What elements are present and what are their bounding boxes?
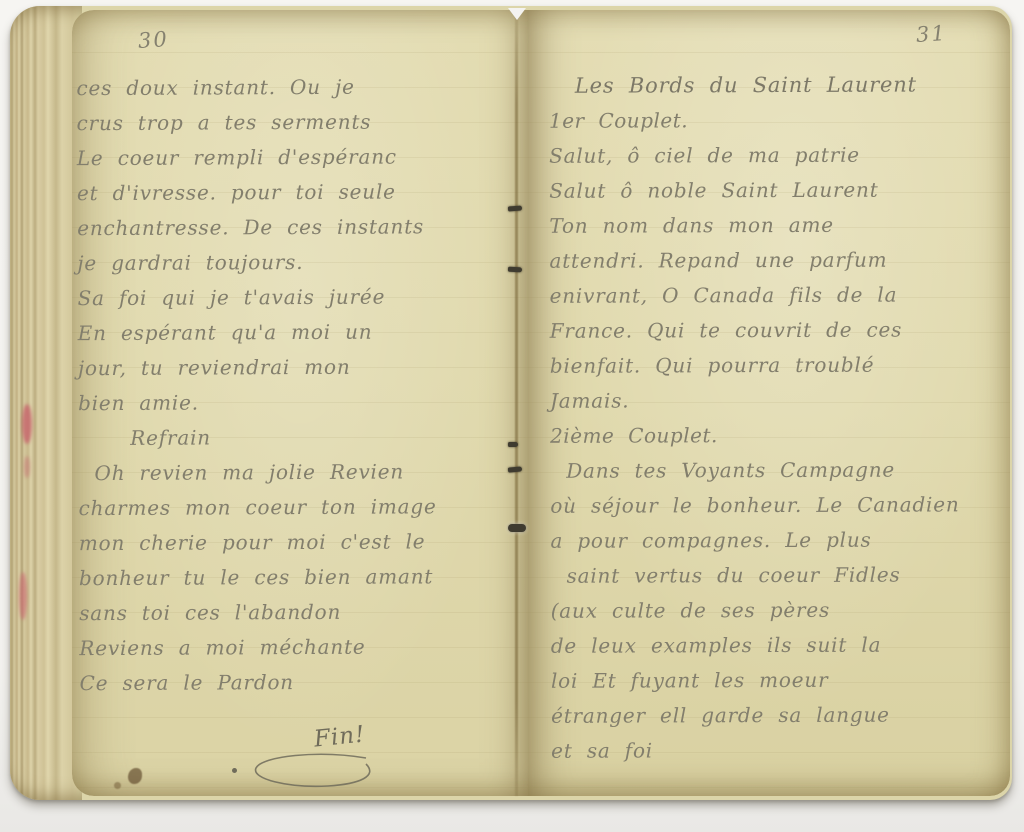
handwritten-line: charmes mon coeur ton image xyxy=(79,489,529,526)
handwritten-line: bienfait. Qui pourra troublé xyxy=(550,347,1014,384)
fin-dot xyxy=(232,768,237,773)
handwritten-line: Reviens a moi méchante xyxy=(79,629,529,666)
couplet-label: 2ième Couplet. xyxy=(550,417,1014,454)
handwritten-line: Oh revien ma jolie Revien xyxy=(78,454,528,491)
left-page-text: ces doux instant. Ou je crus trop a tes … xyxy=(76,69,529,701)
handwritten-line: mon cherie pour moi c'est le xyxy=(79,524,529,561)
handwritten-line: bien amie. xyxy=(78,384,528,421)
handwritten-line: loi Et fuyant les moeur xyxy=(551,662,1015,699)
handwritten-line: enchantresse. De ces instants xyxy=(77,209,527,246)
handwritten-line: En espérant qu'a moi un xyxy=(78,314,528,351)
fin-flourish xyxy=(248,748,398,792)
handwritten-line: attendri. Repand une parfum xyxy=(549,242,1013,279)
handwritten-line: a pour compagnes. Le plus xyxy=(550,522,1014,559)
binding-notch xyxy=(508,8,526,20)
handwritten-line: ces doux instant. Ou je xyxy=(76,69,526,106)
handwritten-line: où séjour le bonheur. Le Canadien xyxy=(550,487,1014,524)
handwritten-line: Ce sera le Pardon xyxy=(79,664,529,701)
handwritten-line: Jamais. xyxy=(550,382,1014,419)
paper-stain xyxy=(114,782,121,789)
handwritten-line: étranger ell garde sa langue xyxy=(551,697,1015,734)
handwritten-line: de leux examples ils suit la xyxy=(551,627,1015,664)
handwritten-line: et d'ivresse. pour toi seule xyxy=(77,174,527,211)
handwritten-line: (aux culte de ses pères xyxy=(551,592,1015,629)
handwritten-line: je gardrai toujours. xyxy=(77,244,527,281)
handwritten-line: et sa foi xyxy=(551,732,1015,769)
handwritten-line: enivrant, O Canada fils de la xyxy=(550,277,1014,314)
refrain-label: Refrain xyxy=(78,419,528,456)
handwritten-line: crus trop a tes serments xyxy=(77,104,527,141)
red-dye-mark xyxy=(24,456,30,478)
page-number-31: 31 xyxy=(915,21,947,47)
handwritten-line: saint vertus du coeur Fidles xyxy=(550,557,1014,594)
handwritten-line: Salut, ô ciel de ma patrie xyxy=(549,137,1013,174)
handwritten-line: Salut ô noble Saint Laurent xyxy=(549,172,1013,209)
handwritten-line: Sa foi qui je t'avais jurée xyxy=(77,279,527,316)
fin-ending: Fin! xyxy=(260,724,420,750)
red-dye-mark xyxy=(19,572,27,620)
handwritten-line: sans toi ces l'abandon xyxy=(79,594,529,631)
handwritten-line: Dans tes Voyants Campagne xyxy=(550,452,1014,489)
handwritten-line: jour, tu reviendrai mon xyxy=(78,349,528,386)
red-dye-mark xyxy=(22,404,32,444)
handwritten-line: bonheur tu le ces bien amant xyxy=(79,559,529,596)
handwritten-line: France. Qui te couvrit de ces xyxy=(550,312,1014,349)
couplet-label: 1er Couplet. xyxy=(549,102,1013,139)
page-number-30: 30 xyxy=(137,27,169,53)
song-title: Les Bords du Saint Laurent xyxy=(549,67,1013,104)
notebook-scan: 30 31 ces doux instant. Ou je crus trop … xyxy=(10,6,1012,800)
right-page-text: Les Bords du Saint Laurent 1er Couplet. … xyxy=(549,67,1015,769)
handwritten-line: Ton nom dans mon ame xyxy=(549,207,1013,244)
handwritten-line: Le coeur rempli d'espéranc xyxy=(77,139,527,176)
